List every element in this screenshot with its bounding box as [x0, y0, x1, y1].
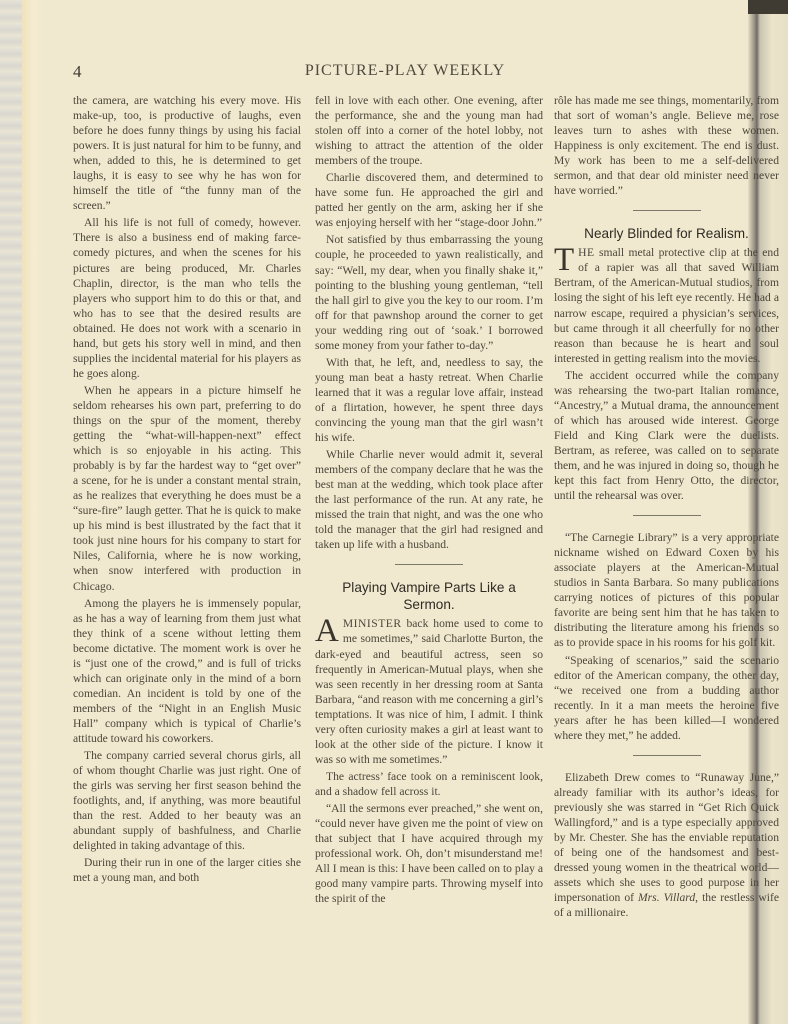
section-divider	[395, 564, 463, 565]
article-lead-paragraph: AMINISTER back home used to come to me s…	[315, 616, 543, 766]
drop-cap: T	[554, 247, 574, 273]
paragraph: “The Carnegie Library” is a very appropr…	[554, 530, 779, 650]
page-header: 4 PICTURE-PLAY WEEKLY	[60, 62, 750, 84]
binding-gutter-top	[748, 0, 788, 14]
paragraph: When he appears in a picture himself he …	[73, 383, 301, 594]
paragraph: While Charlie never would admit it, seve…	[315, 447, 543, 552]
paragraph: Among the players he is immensely popula…	[73, 596, 301, 746]
paragraph: The company carried several chorus girls…	[73, 748, 301, 853]
paragraph-elizabeth-drew: Elizabeth Drew comes to “Runaway June,” …	[554, 770, 779, 920]
article-headline-vampire: Playing Vampire Parts Like a Sermon.	[315, 579, 543, 613]
paragraph: All his life is not full of comedy, howe…	[73, 215, 301, 381]
text: Elizabeth Drew comes to “Runaway June,” …	[554, 771, 779, 904]
column-2: fell in love with each other. One evenin…	[315, 93, 543, 906]
paragraph: During their run in one of the larger ci…	[73, 855, 301, 885]
section-divider	[633, 515, 701, 516]
paragraph: Charlie discovered them, and determined …	[315, 170, 543, 230]
paragraph: the camera, are watching his every move.…	[73, 93, 301, 213]
paragraph: fell in love with each other. One evenin…	[315, 93, 543, 168]
section-divider	[633, 755, 701, 756]
lead-small-caps: MINISTER	[343, 617, 402, 630]
paragraph: With that, he left, and, needless to say…	[315, 355, 543, 445]
article-headline-realism: Nearly Blinded for Realism.	[554, 225, 779, 242]
paragraph: “Speaking of scenarios,” said the scenar…	[554, 653, 779, 743]
column-1: the camera, are watching his every move.…	[73, 93, 301, 885]
section-divider	[633, 210, 701, 211]
paragraph: rôle has made me see things, momentarily…	[554, 93, 779, 198]
page-edge-shadow	[22, 0, 42, 1024]
lead-text: small metal protective clip at the end o…	[554, 246, 779, 364]
article-columns: the camera, are watching his every move.…	[73, 93, 780, 993]
paragraph: “All the sermons ever preached,” she wen…	[315, 801, 543, 906]
italic-role-name: Mrs. Villard	[638, 891, 695, 904]
article-lead-paragraph: THE small metal protective clip at the e…	[554, 245, 779, 365]
drop-cap: A	[315, 618, 339, 644]
lead-small-caps: HE	[578, 246, 594, 259]
lead-text: back home used to come to me sometimes,”…	[315, 617, 543, 765]
adjacent-page-edge	[0, 0, 23, 1024]
paragraph: Not satisfied by thus embarrassing the y…	[315, 232, 543, 352]
paragraph: The accident occurred while the company …	[554, 368, 779, 503]
paragraph: The actress’ face took on a reminiscent …	[315, 769, 543, 799]
column-3: rôle has made me see things, momentarily…	[554, 93, 779, 920]
publication-title: PICTURE-PLAY WEEKLY	[60, 62, 750, 80]
